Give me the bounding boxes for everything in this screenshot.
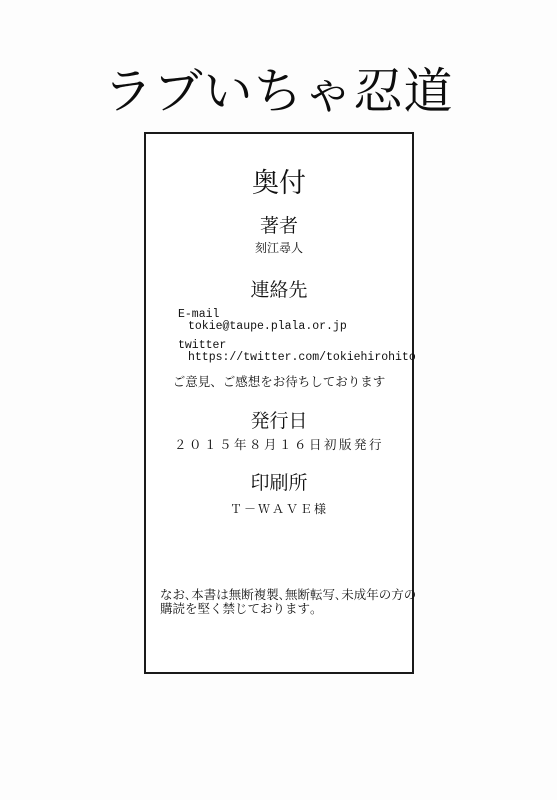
notice-line-1: なお､本書は無断複製､無断転写､未成年の方の: [160, 588, 416, 602]
printer-label: 印刷所: [146, 471, 412, 495]
email-link[interactable]: tokie@taupe.plala.or.jp: [188, 320, 347, 333]
printer-value: Ｔ－ＷＡＶＥ様: [146, 501, 412, 517]
notice-line-2: 購読を堅く禁じております｡: [160, 602, 316, 616]
page-title: ラブいちゃ忍道: [0, 60, 557, 124]
colophon-heading: 奥付: [146, 168, 412, 200]
contact-label: 連絡先: [146, 278, 412, 302]
publish-date-value: ２０１５年８月１６日初版発行: [146, 437, 412, 453]
colophon-box: 奥付 著者 刻江尋人 連絡先 E-mail tokie@taupe.plala.…: [144, 132, 414, 674]
author-name: 刻江尋人: [146, 240, 412, 256]
twitter-link[interactable]: https://twitter.com/tokiehirohito: [188, 351, 416, 364]
feedback-message: ご意見、ご感想をお待ちしております: [146, 374, 412, 390]
author-label: 著者: [146, 214, 412, 238]
publish-date-label: 発行日: [146, 409, 412, 433]
